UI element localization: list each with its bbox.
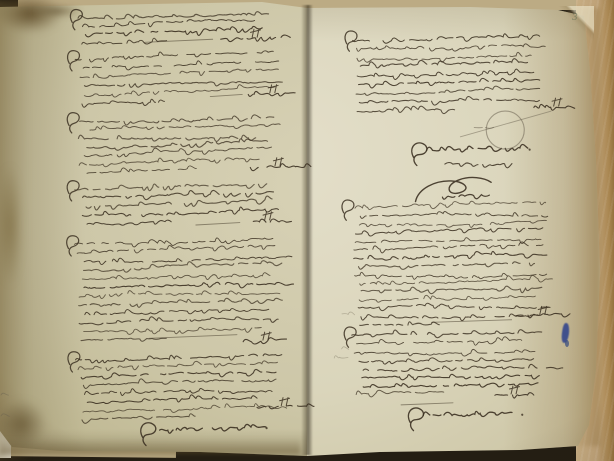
blue-ink-mark	[565, 340, 569, 347]
manuscript-photo: 3	[0, 0, 614, 461]
folio-number: 3	[572, 13, 578, 23]
handwriting-layer	[0, 0, 614, 461]
